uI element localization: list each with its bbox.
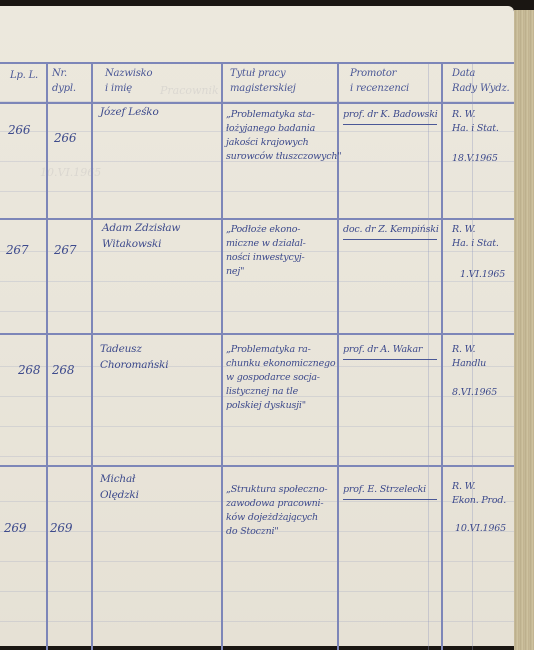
promoter-underline (343, 499, 437, 500)
header-nr-dypl: Nr. dypl. (52, 66, 76, 96)
row-name: Michał Olędzki (100, 471, 139, 503)
row-council: R. W. Ekon. Prod. (452, 480, 506, 508)
ledger-page: Pracownik 10.VI.1965 Lp. L. Nr. dypl. Na… (0, 6, 514, 646)
ruled-line (0, 191, 514, 192)
row-separator (0, 333, 514, 335)
ruled-line (0, 426, 514, 427)
row-promoter: prof. E. Strzelecki (343, 483, 426, 497)
column-divider (441, 64, 443, 650)
ruled-line (0, 281, 514, 282)
promoter-underline (343, 124, 437, 125)
row-date: 8.VI.1965 (452, 386, 497, 400)
promoter-underline (343, 359, 437, 360)
row-separator (0, 465, 514, 467)
row-title: „Problematyka sta- łożyjanego badania ja… (226, 108, 341, 164)
row-name: Józef Leśko (100, 104, 159, 120)
row-nr-dypl: 268 (52, 362, 74, 378)
header-promoter: Promotor i recenzenci (350, 66, 409, 96)
row-lp: 268 (18, 362, 40, 378)
row-name: Tadeusz Choromański (100, 341, 168, 373)
header-date: Data Rady Wydz. (452, 66, 510, 96)
row-council: R. W. Handlu (452, 343, 486, 371)
header-bottom-rule (0, 102, 514, 104)
ruled-line (0, 621, 514, 622)
row-council: R. W. Ha. i Stat. (452, 223, 499, 251)
page-stack-edge (514, 10, 534, 650)
row-nr-dypl: 267 (54, 242, 76, 258)
row-promoter: doc. dr Z. Kempiński (343, 223, 439, 237)
header-lp: Lp. L. (10, 68, 38, 83)
ruled-line (0, 561, 514, 562)
ruled-line (0, 456, 514, 457)
table-top-rule (0, 62, 514, 64)
row-title: „Problematyka ra- chunku ekonomicznego w… (226, 343, 335, 413)
row-date: 10.VI.1965 (455, 522, 506, 536)
row-separator (0, 218, 514, 220)
header-name: Nazwisko i imię (105, 66, 152, 96)
ruled-line (0, 591, 514, 592)
column-divider (221, 64, 223, 650)
row-promoter: prof. dr K. Badowski (343, 108, 438, 122)
ruled-line (0, 311, 514, 312)
row-lp: 269 (4, 520, 26, 536)
column-divider (91, 64, 93, 650)
promoter-underline (343, 239, 437, 240)
row-date: 1.VI.1965 (460, 268, 505, 282)
row-date: 18.V.1965 (452, 152, 498, 166)
column-divider (428, 64, 429, 650)
bleed-through-text: Pracownik (160, 84, 219, 97)
row-title: „Podłoże ekono- miczne w działal- ności … (226, 223, 306, 279)
row-lp: 267 (6, 242, 28, 258)
row-name: Adam Zdzisław Witakowski (102, 220, 180, 252)
row-promoter: prof. dr A. Wakar (343, 343, 422, 357)
header-title: Tytuł pracy magisterskiej (230, 66, 296, 96)
row-title: „Struktura społeczno- zawodowa pracowni-… (226, 483, 327, 539)
row-council: R. W. Ha. i Stat. (452, 108, 499, 136)
row-lp: 266 (8, 122, 30, 138)
column-divider (46, 64, 48, 650)
row-nr-dypl: 266 (54, 130, 76, 146)
row-nr-dypl: 269 (50, 520, 72, 536)
